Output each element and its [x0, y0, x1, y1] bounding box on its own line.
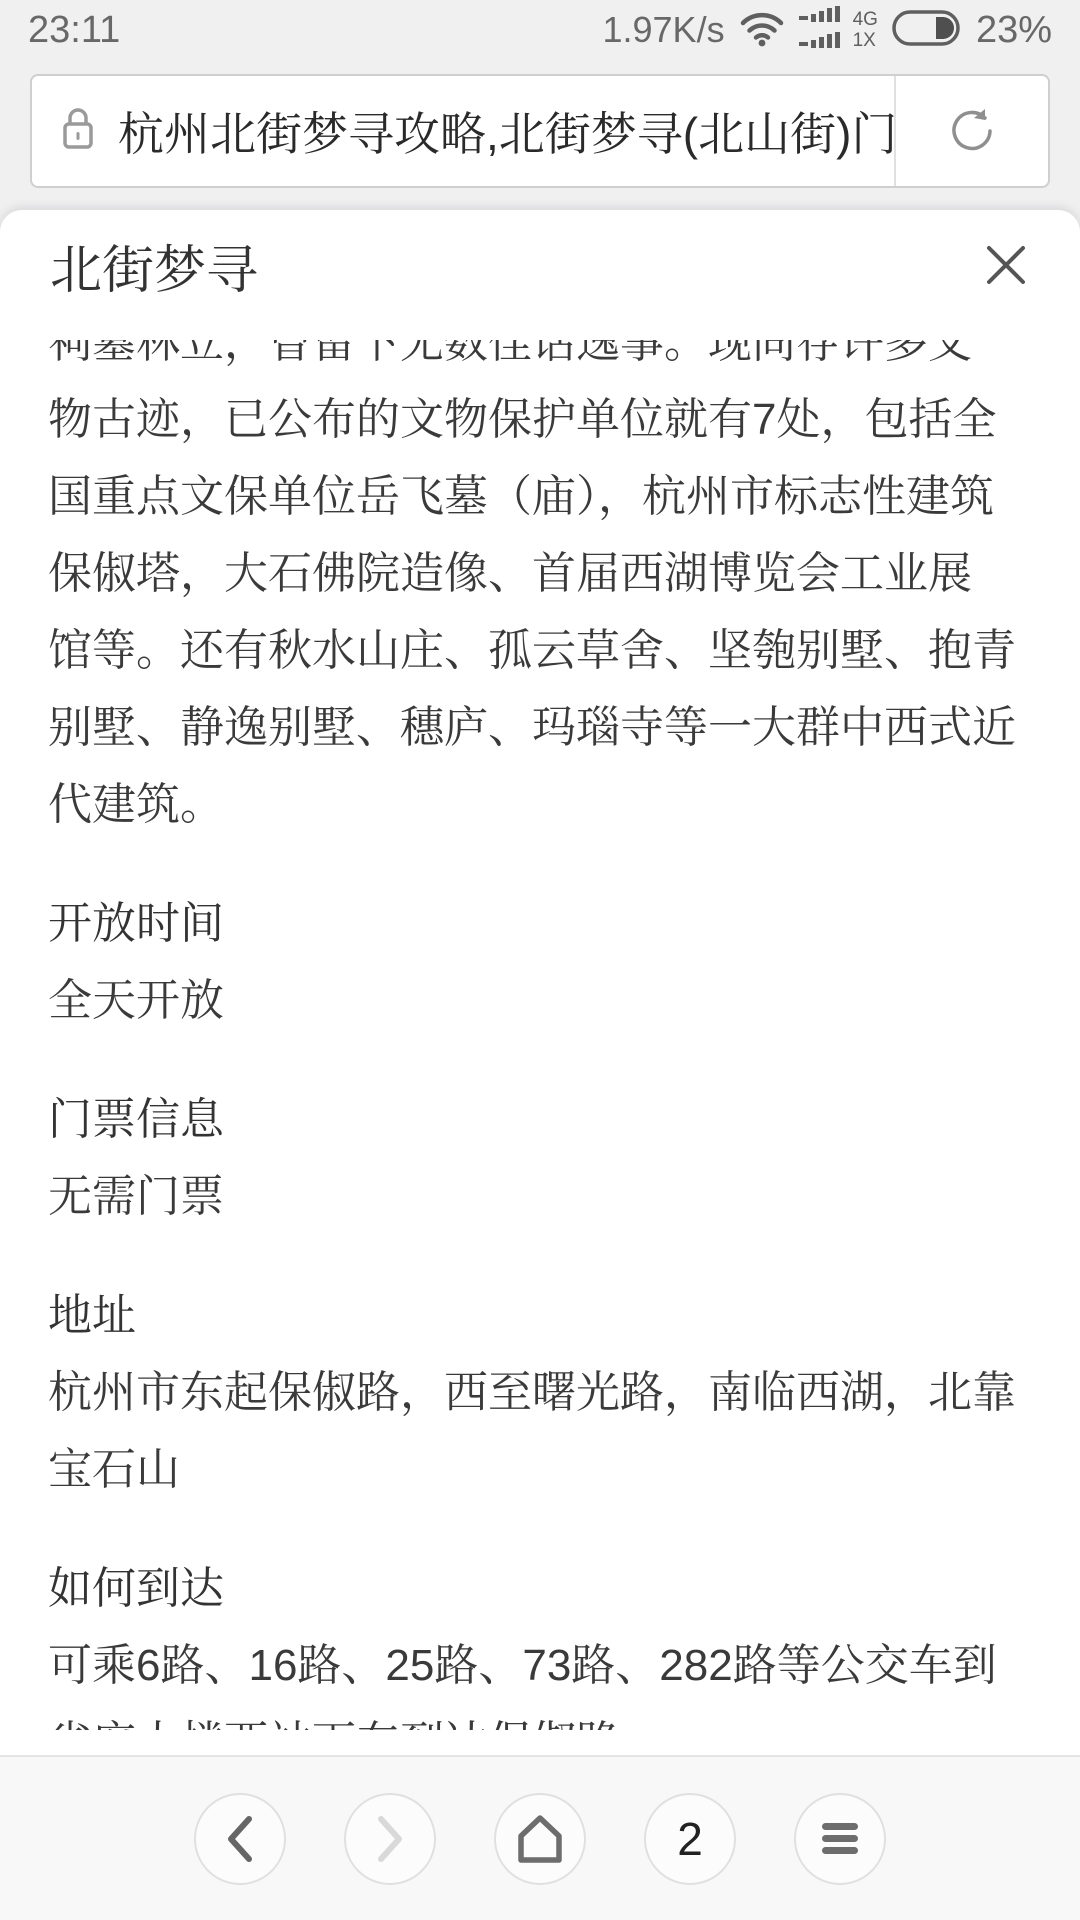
- menu-button[interactable]: [794, 1793, 886, 1885]
- text-line: 省府大楼西站下车到达保俶路。: [48, 1704, 1032, 1730]
- text-line: 代建筑。: [48, 766, 1032, 843]
- text-line: 物古迹，已公布的文物保护单位就有7处，包括全: [48, 381, 1032, 458]
- section-heading: 开放时间: [48, 885, 1032, 962]
- info-section: 如何到达 可乘6路、16路、25路、73路、282路等公交车到省府大楼西站下车到…: [48, 1550, 1032, 1730]
- text-line: 国重点文保单位岳飞墓（庙），杭州市标志性建筑: [48, 458, 1032, 535]
- refresh-button[interactable]: [896, 76, 1048, 186]
- info-section: 门票信息 无需门票: [48, 1081, 1032, 1235]
- section-value: 杭州市东起保俶路，西至曙光路，南临西湖，北靠宝石山: [48, 1354, 1032, 1508]
- sim2-network-type: 1X: [853, 30, 878, 51]
- sheet-title: 北街梦寻: [50, 228, 258, 303]
- text-line: 祠墓林立，曾留下无数佳话逸事。现尚存许多文: [48, 340, 1032, 381]
- text-line: 别墅、静逸别墅、穗庐、玛瑙寺等一大群中西式近: [48, 689, 1032, 766]
- browser-toolbar: 杭州北街梦寻攻略,北街梦寻(北山街)门: [0, 60, 1080, 210]
- section-heading: 如何到达: [48, 1550, 1032, 1627]
- browser-bottom-nav: 2: [0, 1755, 1080, 1920]
- wifi-icon: [739, 8, 785, 53]
- info-section: 开放时间 全天开放: [48, 885, 1032, 1039]
- clock: 23:11: [28, 9, 120, 52]
- network-speed: 1.97K/s: [602, 9, 724, 51]
- text-line: 可乘6路、16路、25路、73路、282路等公交车到: [48, 1627, 1032, 1704]
- battery-percent: 23%: [976, 9, 1052, 52]
- info-section: 地址 杭州市东起保俶路，西至曙光路，南临西湖，北靠宝石山: [48, 1277, 1032, 1508]
- text-line: 保俶塔，大石佛院造像、首届西湖博览会工业展: [48, 535, 1032, 612]
- text-line: 全天开放: [48, 962, 1032, 1039]
- forward-button[interactable]: [344, 1793, 436, 1885]
- lock-icon: [60, 107, 96, 156]
- home-button[interactable]: [494, 1793, 586, 1885]
- status-bar: 23:11 1.97K/s: [0, 0, 1080, 60]
- text-line: 杭州市东起保俶路，西至曙光路，南临西湖，北靠: [48, 1354, 1032, 1431]
- sheet-content: 祠墓林立，曾留下无数佳话逸事。现尚存许多文物古迹，已公布的文物保护单位就有7处，…: [48, 340, 1032, 1730]
- address-bar[interactable]: 杭州北街梦寻攻略,北街梦寻(北山街)门: [30, 74, 1050, 188]
- section-value: 无需门票: [48, 1158, 1032, 1235]
- sheet-header: 北街梦寻: [0, 210, 1080, 302]
- signal-bars-icon: [799, 6, 847, 55]
- info-sections: 开放时间 全天开放 门票信息 无需门票 地址 杭州市东起保俶路，西至曙光路，南临…: [48, 885, 1032, 1730]
- intro-paragraph: 祠墓林立，曾留下无数佳话逸事。现尚存许多文物古迹，已公布的文物保护单位就有7处，…: [48, 340, 1032, 843]
- text-line: 馆等。还有秋水山庄、孤云草舍、坚匏别墅、抱青: [48, 612, 1032, 689]
- tab-count: 2: [677, 1812, 703, 1866]
- section-heading: 门票信息: [48, 1081, 1032, 1158]
- text-line: 无需门票: [48, 1158, 1032, 1235]
- address-bar-title: 杭州北街梦寻攻略,北街梦寻(北山街)门: [118, 98, 894, 164]
- section-value: 可乘6路、16路、25路、73路、282路等公交车到省府大楼西站下车到达保俶路。: [48, 1627, 1032, 1730]
- tabs-button[interactable]: 2: [644, 1793, 736, 1885]
- back-button[interactable]: [194, 1793, 286, 1885]
- text-line: 宝石山: [48, 1431, 1032, 1508]
- battery-icon: [892, 10, 962, 51]
- section-heading: 地址: [48, 1277, 1032, 1354]
- section-value: 全天开放: [48, 962, 1032, 1039]
- info-sheet: 北街梦寻 祠墓林立，曾留下无数佳话逸事。现尚存许多文物古迹，已公布的文物保护单位…: [0, 210, 1080, 1755]
- sim1-network-type: 4G: [853, 9, 878, 30]
- close-button[interactable]: [976, 235, 1036, 295]
